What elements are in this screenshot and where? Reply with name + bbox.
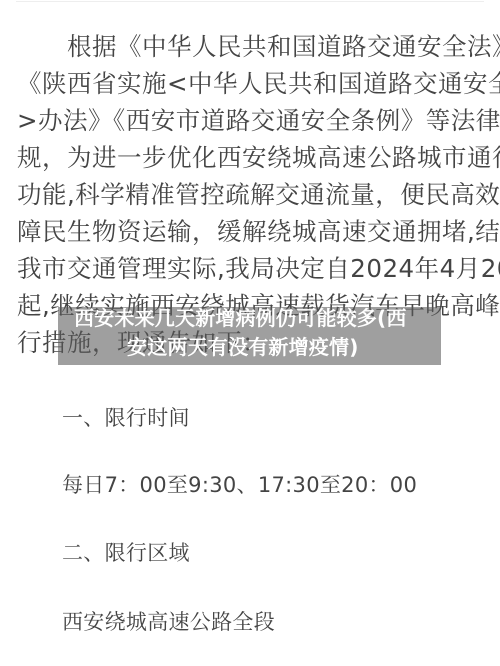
paragraph-line: 规，为进一步优化西安绕城高速公路城市通行 (17, 139, 500, 176)
section-content-time: 每日7：00至9:30、17:30至20：00 (62, 470, 417, 500)
section-heading-area: 二、限行区域 (62, 538, 190, 568)
paragraph-line: 功能,科学精准管控疏解交通流量，便民高效保 (17, 176, 500, 213)
overlay-title-line-1: 西安未来几天新增病例仍可能较多(西 (66, 304, 441, 333)
paragraph-line: 我市交通管理实际,我局决定自2024年4月20日 (17, 250, 500, 287)
overlay-title: 西安未来几天新增病例仍可能较多(西 安这两天有没有新增疫情) (58, 304, 441, 362)
paragraph-line: 《陕西省实施<中华人民共和国道路交通安全法 (17, 65, 500, 102)
section-content-area: 西安绕城高速公路全段 (62, 607, 275, 637)
overlay-title-line-2: 安这两天有没有新增疫情) (66, 333, 441, 362)
top-divider (16, 1, 484, 2)
paragraph-line: 根据《中华人民共和国道路交通安全法》 (17, 28, 500, 65)
section-heading-time: 一、限行时间 (62, 403, 190, 433)
paragraph-line: >办法》《西安市道路交通安全条例》等法律法 (17, 102, 500, 139)
paragraph-line: 障民生物资运输，缓解绕城高速交通拥堵,结合 (17, 213, 500, 250)
